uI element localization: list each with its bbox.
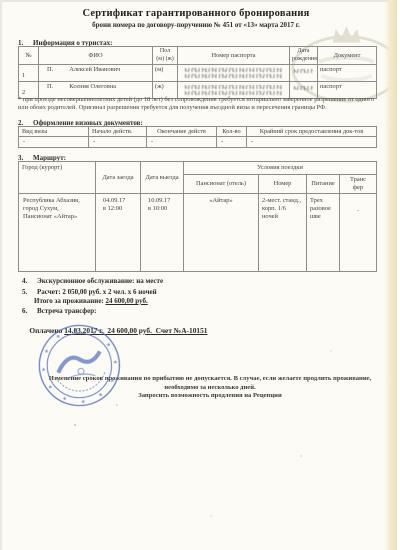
route-meals-value: Трех разовое шве xyxy=(307,194,340,272)
page-title: Сертификат гарантированного бронирования xyxy=(0,8,392,19)
tourist-row-1: 1 П.Алексей Иванович (м) паспорт xyxy=(19,65,377,82)
visa-end-value: - xyxy=(147,137,217,148)
tourist-1-document: паспорт xyxy=(318,65,377,82)
section-5-heading: 5.Расчет: 2 050,00 руб. х 2 чел. х 6 ноч… xyxy=(22,288,157,296)
svg-text:★: ★ xyxy=(113,359,119,365)
redacted-scribble xyxy=(185,85,282,89)
visa-header-row: Вид визы Начало действ. Окончание действ… xyxy=(19,127,377,137)
route-col-room: Номер xyxy=(259,175,307,194)
stamp-curved-text xyxy=(56,372,107,394)
route-col-conditions: Условия поездки xyxy=(184,162,377,175)
minors-footnote: * при проезде несовершеннолетних детей (… xyxy=(18,96,380,112)
redacted-scribble xyxy=(185,68,282,72)
tourist-1-passport-redacted xyxy=(178,65,290,82)
redacted-scribble xyxy=(185,91,282,95)
svg-text:★: ★ xyxy=(73,327,79,333)
tourists-header-row: № ФИО Пол (м) (ж) Номер паспорта Дата ро… xyxy=(19,47,377,65)
scanned-certificate-page: Сертификат гарантированного бронирования… xyxy=(0,0,400,550)
section-5-number: 5. xyxy=(22,288,37,296)
route-data-row: Республика Абхазия, город Сухум, Пансион… xyxy=(19,194,377,272)
scan-edge-top xyxy=(0,0,400,2)
svg-text:★: ★ xyxy=(56,334,62,340)
route-col-hotel: Пансионат (отель) xyxy=(184,175,259,194)
svg-text:★: ★ xyxy=(106,342,112,348)
svg-text:★: ★ xyxy=(110,378,116,384)
stamp-center-emblem xyxy=(78,368,85,375)
col-header-gender: Пол (м) (ж) xyxy=(153,47,178,65)
visa-deadline-value: - xyxy=(247,137,377,148)
route-checkout-value: 10.09.17 в 10:00 xyxy=(141,194,184,272)
visa-type-value: - xyxy=(19,137,89,148)
route-col-city: Город (курорт) xyxy=(19,162,96,194)
visa-col-start: Начало действ. xyxy=(89,127,147,137)
visa-count-value: - xyxy=(217,137,247,148)
section-4-number: 4. xyxy=(22,277,37,285)
route-col-meals: Питание xyxy=(307,175,340,194)
section-6-number: 6. xyxy=(22,307,37,315)
col-header-document: Документ xyxy=(318,47,377,65)
col-header-fio: ФИО xyxy=(39,47,153,65)
tourist-1-fio: П.Алексей Иванович xyxy=(39,65,153,82)
redacted-scribble xyxy=(294,86,313,90)
scan-edge-left xyxy=(0,0,3,550)
tourist-1-num: 1 xyxy=(19,65,39,82)
svg-text:★: ★ xyxy=(81,399,87,405)
route-transfer-value: - xyxy=(340,194,377,272)
svg-text:★: ★ xyxy=(62,396,68,402)
round-stamp-seal: ★★ ★★ ★★ ★★ ★★ ★★ xyxy=(31,318,129,416)
total-line: Итого за проживание: 24 600,00 руб. xyxy=(34,297,148,305)
col-header-num: № xyxy=(19,47,39,65)
visa-col-deadline: Крайний срок предоставления док-тов xyxy=(247,127,377,137)
tourist-1-gender: (м) xyxy=(153,65,178,82)
col-header-passport: Номер паспорта xyxy=(178,47,290,65)
visa-value-row: - - - - - xyxy=(19,137,377,148)
svg-text:★: ★ xyxy=(98,392,104,398)
total-label: Итого за проживание: xyxy=(34,297,106,305)
route-col-checkin: Дата заезда xyxy=(96,162,141,194)
visa-start-value: - xyxy=(89,137,147,148)
svg-text:★: ★ xyxy=(91,330,97,336)
section-4-heading: 4.Экскурсионное обслуживание: на месте xyxy=(22,277,163,285)
route-header-row-1: Город (курорт) Дата заезда Дата выезда У… xyxy=(19,162,377,175)
route-checkin-value: 04.09.17 в 12:00 xyxy=(96,194,141,272)
section-6-heading: 6.Встреча трансфер: xyxy=(22,307,96,315)
visa-col-type: Вид визы xyxy=(19,127,89,137)
svg-text:★: ★ xyxy=(41,367,47,373)
visa-col-count: Кол-во xyxy=(217,127,247,137)
stamp-star-ring: ★★ ★★ ★★ ★★ ★★ ★★ xyxy=(37,324,122,410)
visa-table: Вид визы Начало действ. Окончание действ… xyxy=(18,126,377,148)
page-subtitle: брони номера по договору-поручению № 451… xyxy=(0,21,392,29)
redacted-scribble xyxy=(185,74,282,78)
visa-col-end: Окончание действ xyxy=(147,127,217,137)
route-room-value: 2-мест. станд., корп. 1/6 ночей xyxy=(259,194,307,272)
route-city-value: Республика Абхазия, город Сухум, Пансион… xyxy=(19,194,96,272)
route-col-checkout: Дата выезда xyxy=(141,162,184,194)
redacted-scribble xyxy=(294,69,313,73)
tourist-1-birthdate-redacted xyxy=(290,65,318,82)
col-header-birthdate: Дата рождения xyxy=(290,47,318,65)
total-value: 24 600,00 руб. xyxy=(106,297,148,305)
tourists-table: № ФИО Пол (м) (ж) Номер паспорта Дата ро… xyxy=(18,46,377,99)
svg-text:★: ★ xyxy=(48,385,54,391)
svg-text:★: ★ xyxy=(44,349,50,355)
route-table: Город (курорт) Дата заезда Дата выезда У… xyxy=(18,161,377,272)
route-col-transfer: Транс фер xyxy=(340,175,377,194)
route-hotel-value: «Айтар» xyxy=(184,194,259,272)
